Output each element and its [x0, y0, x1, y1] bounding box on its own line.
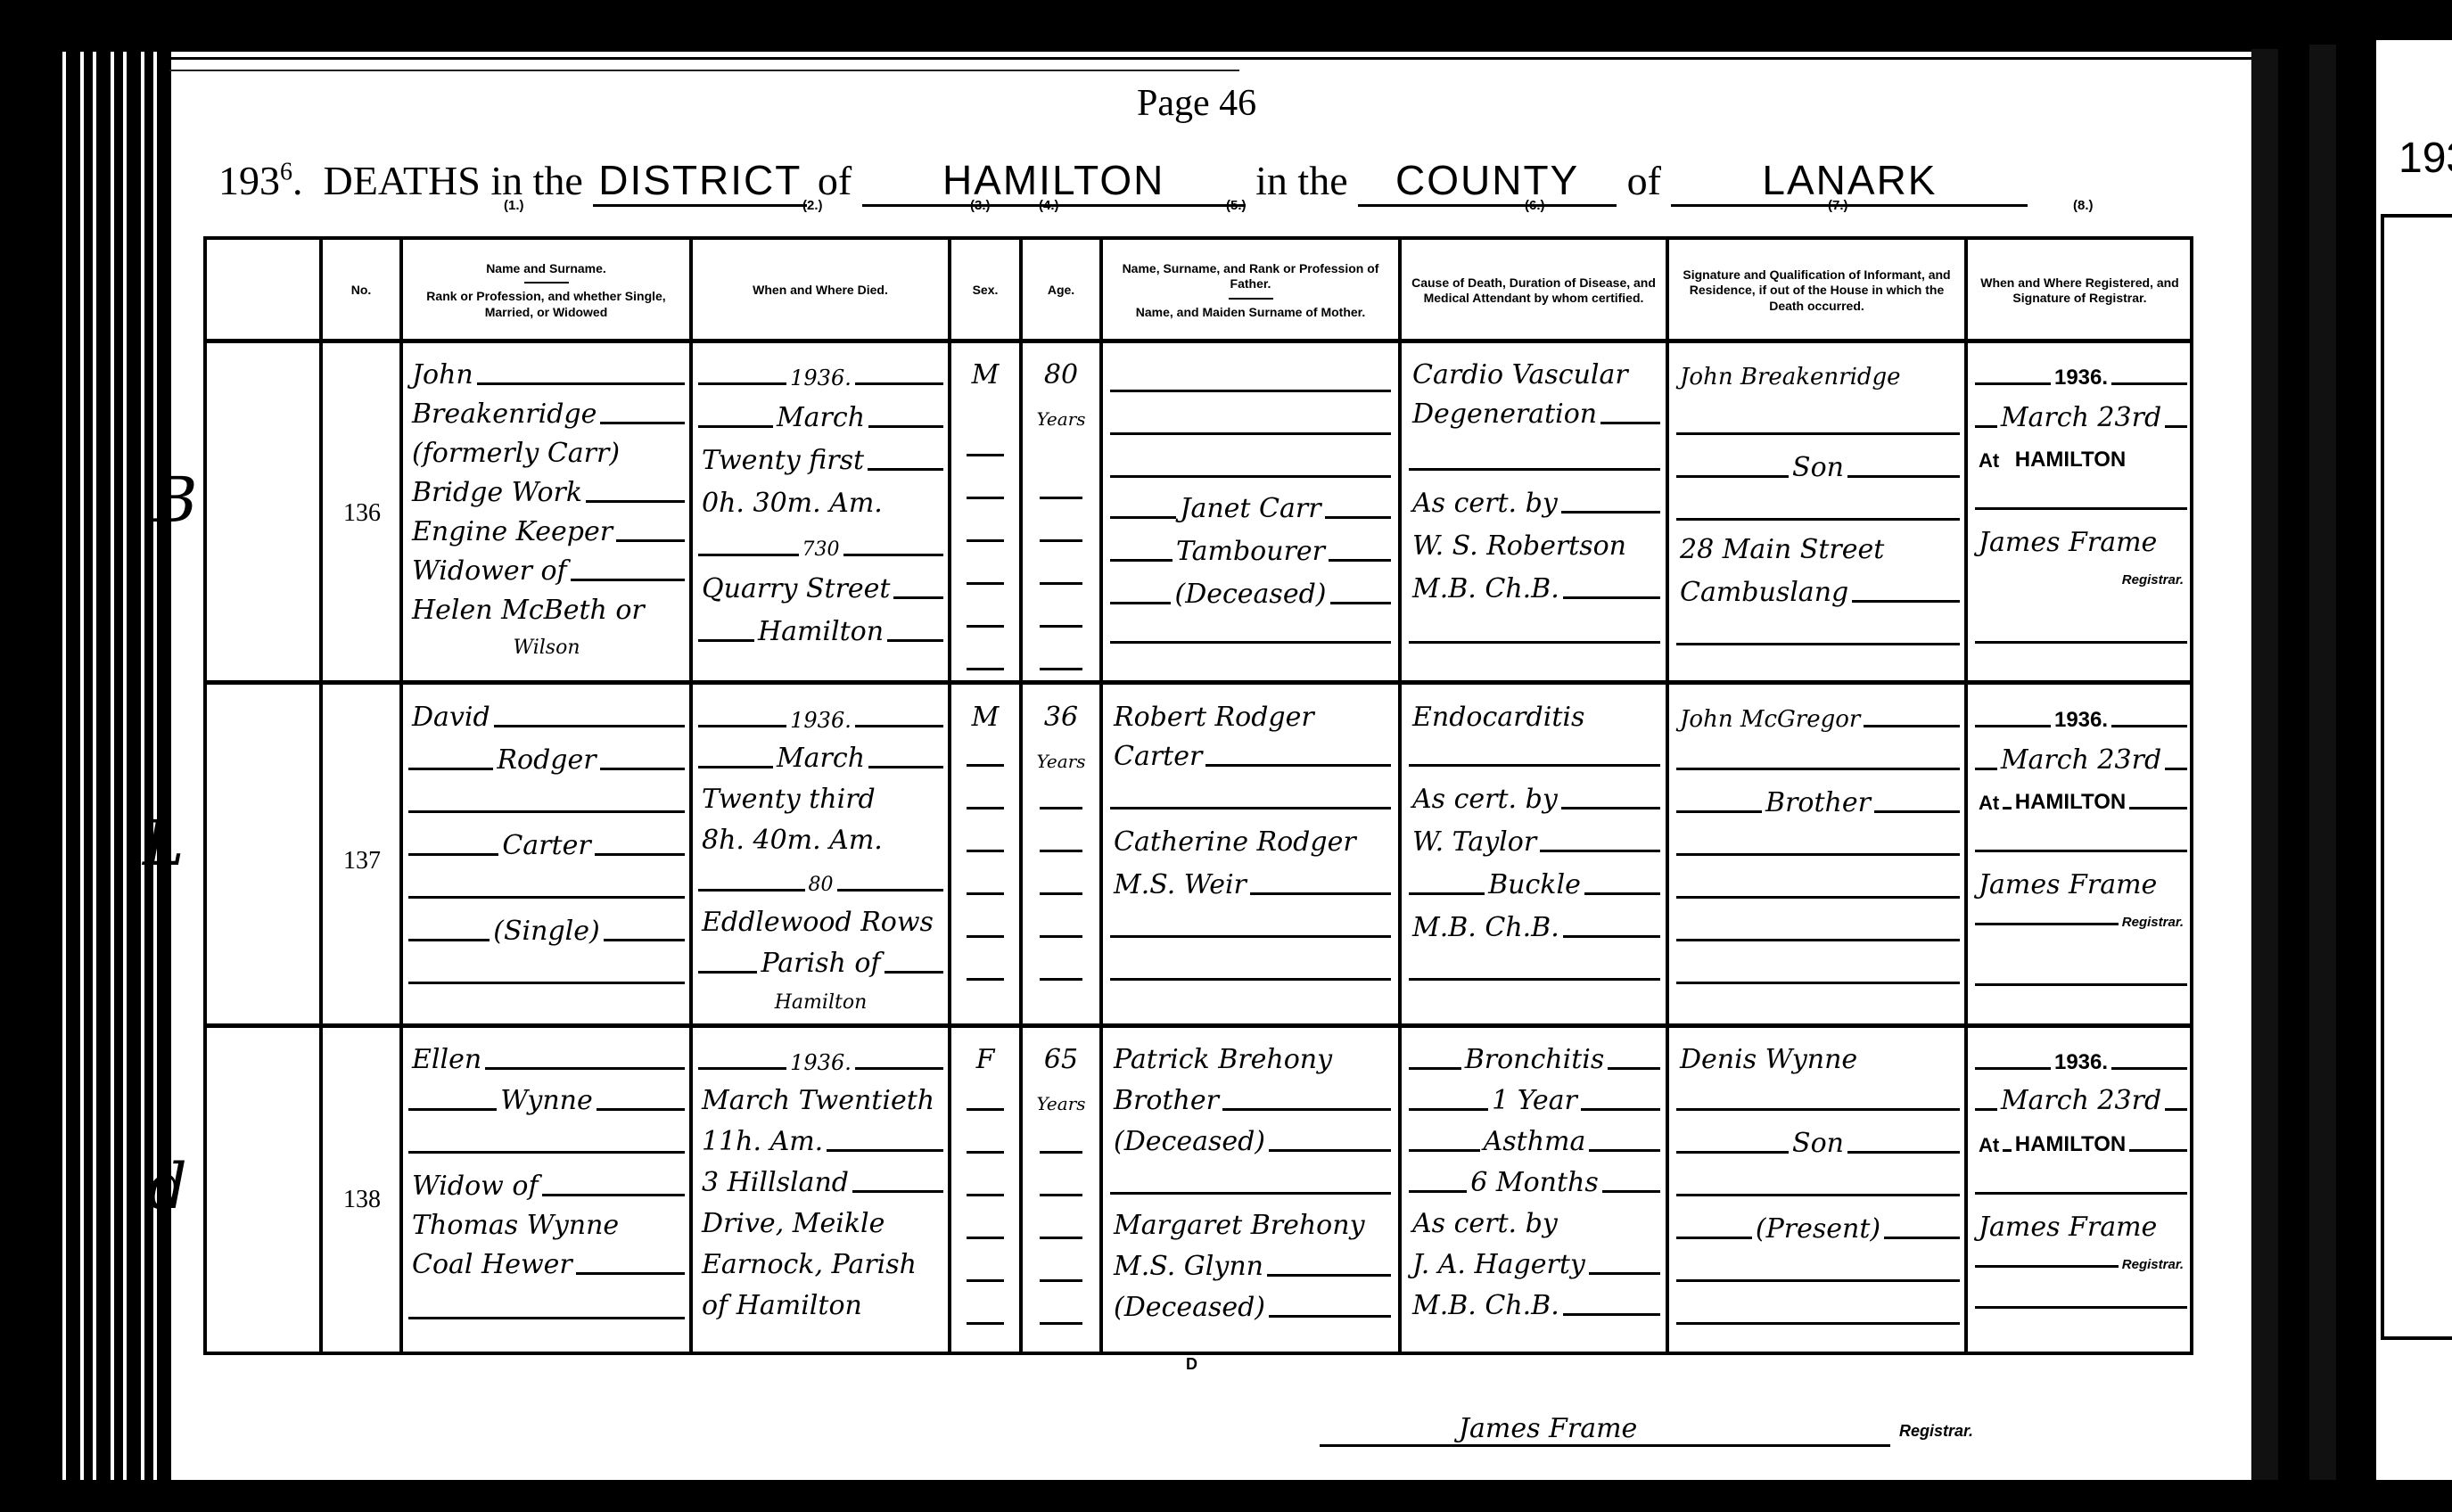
when-where-died-cell: 1936. March Twenty first 0h. 30m. Am. 73…	[698, 346, 943, 678]
register-title: 1936. DEATHS in the DISTRICT of HAMILTON…	[218, 156, 2028, 207]
column-divider	[689, 236, 693, 1355]
registration-cell: 1936. March 23rd At HAMILTON James Frame…	[1975, 346, 2187, 678]
next-page-table-edge	[2381, 214, 2452, 1340]
county-label: COUNTY	[1358, 156, 1617, 207]
footer-registrar-label: Registrar.	[1899, 1422, 1973, 1441]
informant-cell: John Breakenridge Son 28 Main Street Cam…	[1676, 346, 1960, 678]
top-rule-secondary	[169, 70, 1239, 71]
header-age: Age.	[1023, 241, 1099, 341]
column-divider	[1398, 236, 1402, 1355]
top-rule	[169, 57, 2256, 60]
age-cell: 65 Years	[1025, 1031, 1097, 1352]
column-number-7: (7.)	[1828, 198, 1848, 213]
when-where-died-cell: 1936. March Twentieth 11h. Am. 3 Hillsla…	[698, 1031, 943, 1352]
sex-cell: M	[954, 688, 1016, 1020]
header-cause-of-death: Cause of Death, Duration of Disease, and…	[1409, 241, 1658, 341]
age-cell: 80 Years	[1025, 346, 1097, 678]
column-divider	[948, 236, 951, 1355]
column-divider	[1964, 236, 1968, 1355]
column-number-4: (4.)	[1039, 198, 1059, 213]
name-cell: David Rodger Carter (Single)	[408, 688, 685, 1020]
header-sex: Sex.	[951, 241, 1019, 341]
header-no: No.	[323, 241, 399, 341]
header-registered: When and Where Registered, and Signature…	[1971, 241, 2189, 341]
entry-number: 138	[343, 1186, 381, 1214]
right-binding-edge-2	[2309, 45, 2336, 1489]
header-name: Name and Surname.Rank or Profession, and…	[403, 241, 689, 341]
parents-cell: Robert Rodger Carter Catherine Rodger M.…	[1110, 688, 1391, 1020]
row-rule	[203, 1023, 2193, 1028]
cause-of-death-cell: Bronchitis 1 Year Asthma 6 Months As cer…	[1409, 1031, 1660, 1352]
column-number-8: (8.)	[2073, 198, 2094, 213]
column-number-2: (2.)	[802, 198, 823, 213]
sex-cell: M	[954, 346, 1016, 678]
right-binding-edge	[2251, 49, 2278, 1484]
column-divider	[1019, 236, 1023, 1355]
county-name: LANARK	[1671, 156, 2028, 207]
column-number-1: (1.)	[504, 198, 524, 213]
column-divider	[319, 236, 323, 1355]
cause-of-death-cell: Cardio Vascular Degeneration As cert. by…	[1409, 346, 1660, 678]
year: 1936.	[218, 158, 303, 203]
cause-of-death-cell: Endocarditis As cert. by W. Taylor Buckl…	[1409, 688, 1660, 1020]
margin-annotation: d	[147, 1150, 187, 1223]
registration-cell: 1936. March 23rd At HAMILTON James Frame…	[1975, 688, 2187, 1020]
entry-number: 136	[343, 499, 381, 528]
page-number: Page 46	[1137, 82, 1256, 125]
registrar-signature: James Frame	[1975, 872, 2160, 899]
column-divider	[1666, 236, 1669, 1355]
informant-cell: John McGregor Brother	[1676, 688, 1960, 1020]
margin-annotation: L	[143, 807, 184, 880]
header-when-where-died: When and Where Died.	[693, 241, 948, 341]
header-parents: Name, Surname, and Rank or Profession of…	[1103, 241, 1398, 341]
column-divider	[399, 236, 403, 1355]
left-binding-edge	[53, 52, 178, 1480]
column-number-5: (5.)	[1226, 198, 1247, 213]
name-cell: John Breakenridge (formerly Carr) Bridge…	[408, 346, 685, 678]
registration-cell: 1936. March 23rd At HAMILTON James Frame…	[1975, 1031, 2187, 1352]
footer-mark: D	[1186, 1355, 1197, 1374]
registrar-signature: James Frame	[1975, 1214, 2160, 1241]
district-label: DISTRICT	[593, 156, 807, 207]
title-text: DEATHS in the	[324, 158, 583, 203]
column-divider	[1099, 236, 1103, 1355]
when-where-died-cell: 1936. March Twenty third 8h. 40m. Am. 80…	[698, 688, 943, 1020]
column-number-3: (3.)	[970, 198, 991, 213]
sex-cell: F	[954, 1031, 1016, 1352]
footer-registrar-signature: James Frame	[1320, 1400, 1890, 1447]
registrar-signature: James Frame	[1975, 530, 2160, 556]
informant-cell: Denis Wynne Son (Present)	[1676, 1031, 1960, 1352]
parents-cell: Patrick Brehony Brother (Deceased) Marga…	[1110, 1031, 1391, 1352]
margin-annotation: B	[152, 464, 197, 537]
parents-cell: Janet Carr Tambourer (Deceased)	[1110, 346, 1391, 678]
name-cell: Ellen Wynne Widow of Thomas Wynne Coal H…	[408, 1031, 685, 1352]
row-rule	[203, 680, 2193, 685]
next-page-year: 193	[2399, 134, 2452, 183]
header-informant: Signature and Qualification of Informant…	[1672, 241, 1962, 341]
entry-number: 137	[343, 847, 381, 875]
bottom-dark-edge	[0, 1480, 2452, 1512]
column-number-6: (6.)	[1525, 198, 1545, 213]
age-cell: 36 Years	[1025, 688, 1097, 1020]
